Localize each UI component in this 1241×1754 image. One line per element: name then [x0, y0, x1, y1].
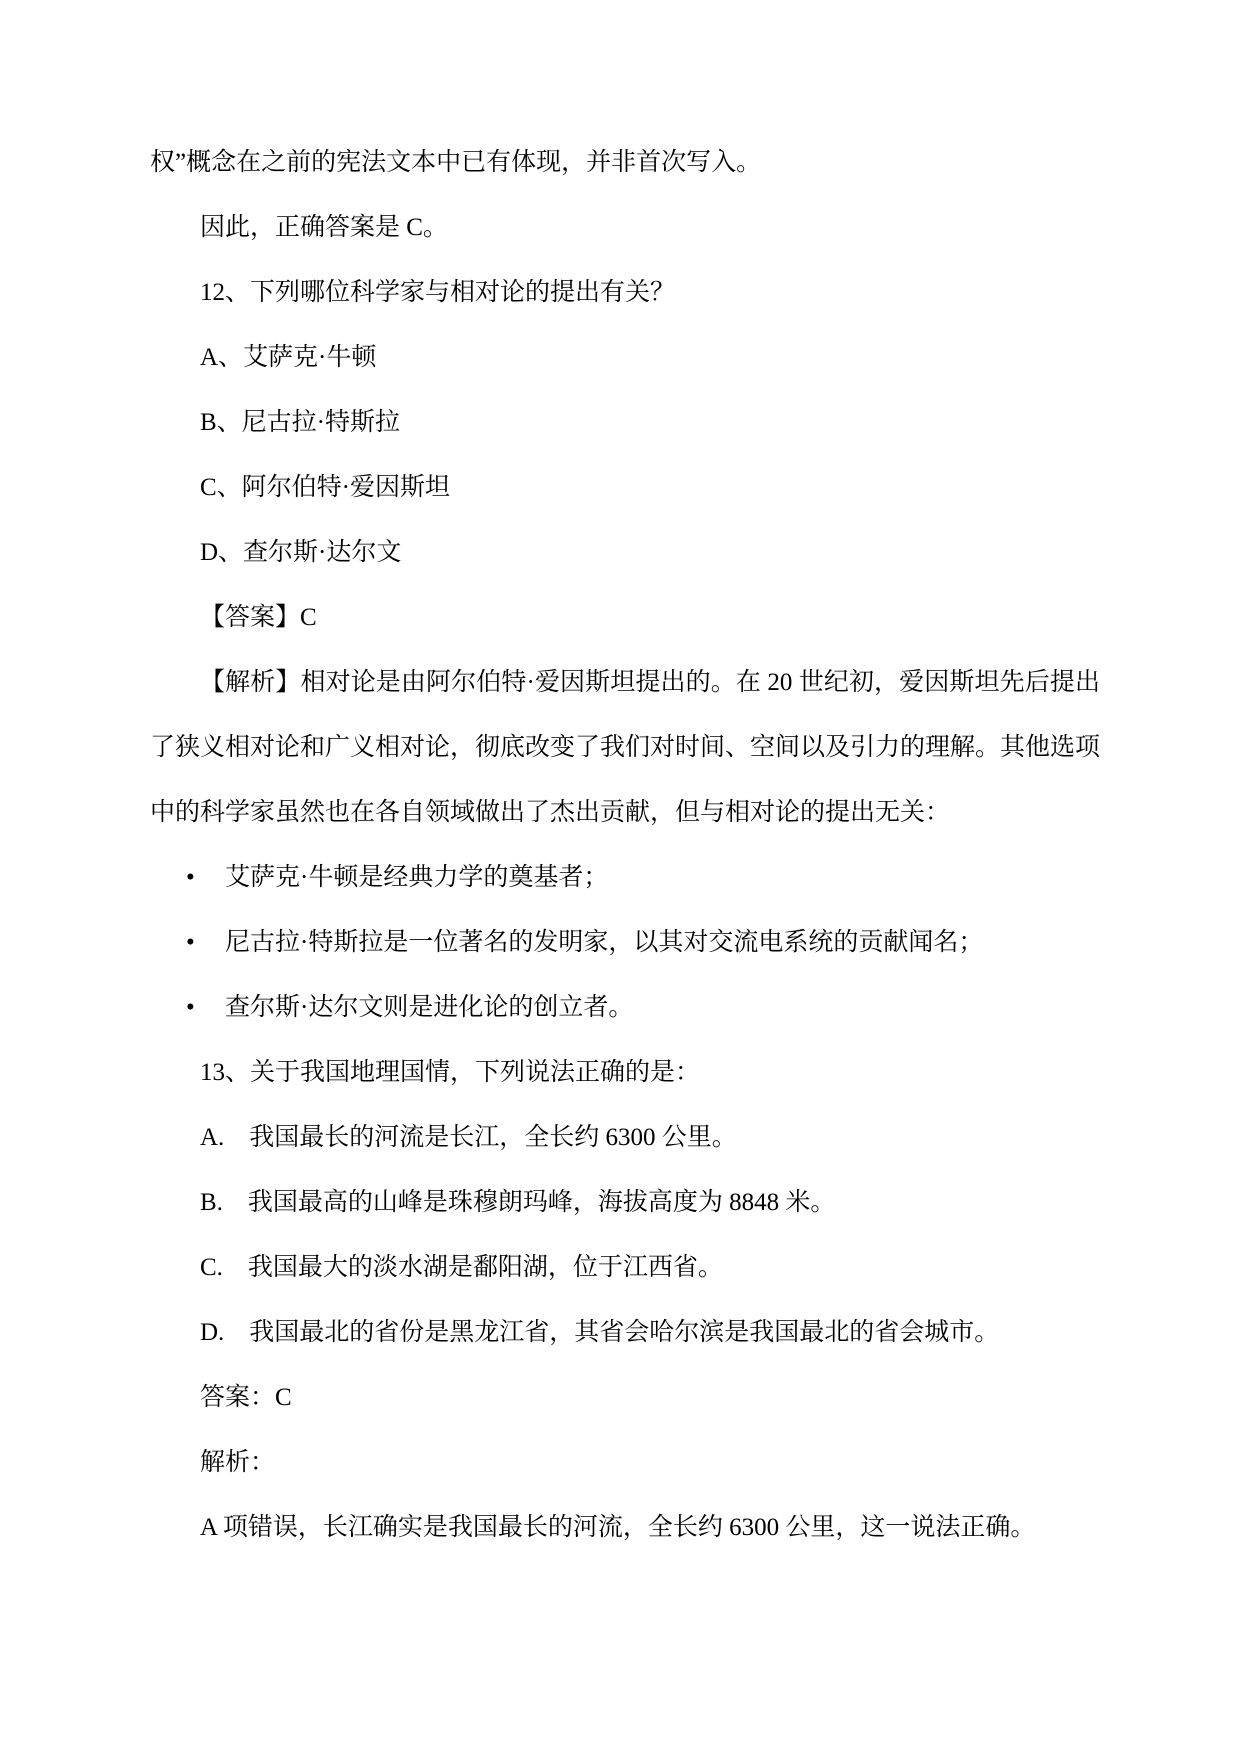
bullet-icon: •	[186, 845, 225, 910]
paragraph-continuation: 权”概念在之前的宪法文本中已有体现，并非首次写入。	[150, 130, 1100, 195]
q12-option-a: A、艾萨克·牛顿	[150, 325, 1100, 390]
q13-option-d: D. 我国最北的省份是黑龙江省，其省会哈尔滨是我国最北的省会城市。	[150, 1300, 1100, 1365]
bullet-text-darwin: 查尔斯·达尔文则是进化论的创立者。	[225, 975, 1100, 1040]
list-item-tesla: • 尼古拉·特斯拉是一位著名的发明家，以其对交流电系统的贡献闻名；	[150, 910, 1100, 975]
bullet-text-newton: 艾萨克·牛顿是经典力学的奠基者；	[225, 845, 1100, 910]
q11-conclusion-line: 因此，正确答案是 C。	[150, 195, 1100, 260]
q12-option-d: D、查尔斯·达尔文	[150, 520, 1100, 585]
q13-answer-line: 答案：C	[150, 1365, 1100, 1430]
q12-answer-line: 【答案】C	[150, 585, 1100, 650]
bullet-icon: •	[186, 910, 225, 975]
bullet-text-tesla: 尼古拉·特斯拉是一位著名的发明家，以其对交流电系统的贡献闻名；	[225, 910, 1100, 975]
q13-analysis-label: 解析：	[150, 1430, 1100, 1495]
q13-title: 13、关于我国地理国情，下列说法正确的是：	[150, 1040, 1100, 1105]
q12-option-c: C、阿尔伯特·爱因斯坦	[150, 455, 1100, 520]
document-page: 权”概念在之前的宪法文本中已有体现，并非首次写入。 因此，正确答案是 C。 12…	[0, 0, 1241, 1754]
q13-option-b: B. 我国最高的山峰是珠穆朗玛峰，海拔高度为 8848 米。	[150, 1170, 1100, 1235]
q13-option-c: C. 我国最大的淡水湖是鄱阳湖，位于江西省。	[150, 1235, 1100, 1300]
list-item-darwin: • 查尔斯·达尔文则是进化论的创立者。	[150, 975, 1100, 1040]
list-item-newton: • 艾萨克·牛顿是经典力学的奠基者；	[150, 845, 1100, 910]
q12-analysis-paragraph: 【解析】相对论是由阿尔伯特·爱因斯坦提出的。在 20 世纪初，爱因斯坦先后提出了…	[150, 650, 1100, 845]
q13-analysis-item-a: A 项错误，长江确实是我国最长的河流，全长约 6300 公里，这一说法正确。	[150, 1495, 1100, 1560]
q13-option-a: A. 我国最长的河流是长江，全长约 6300 公里。	[150, 1105, 1100, 1170]
bullet-icon: •	[186, 975, 225, 1040]
q12-option-b: B、尼古拉·特斯拉	[150, 390, 1100, 455]
q12-title: 12、下列哪位科学家与相对论的提出有关？	[150, 260, 1100, 325]
